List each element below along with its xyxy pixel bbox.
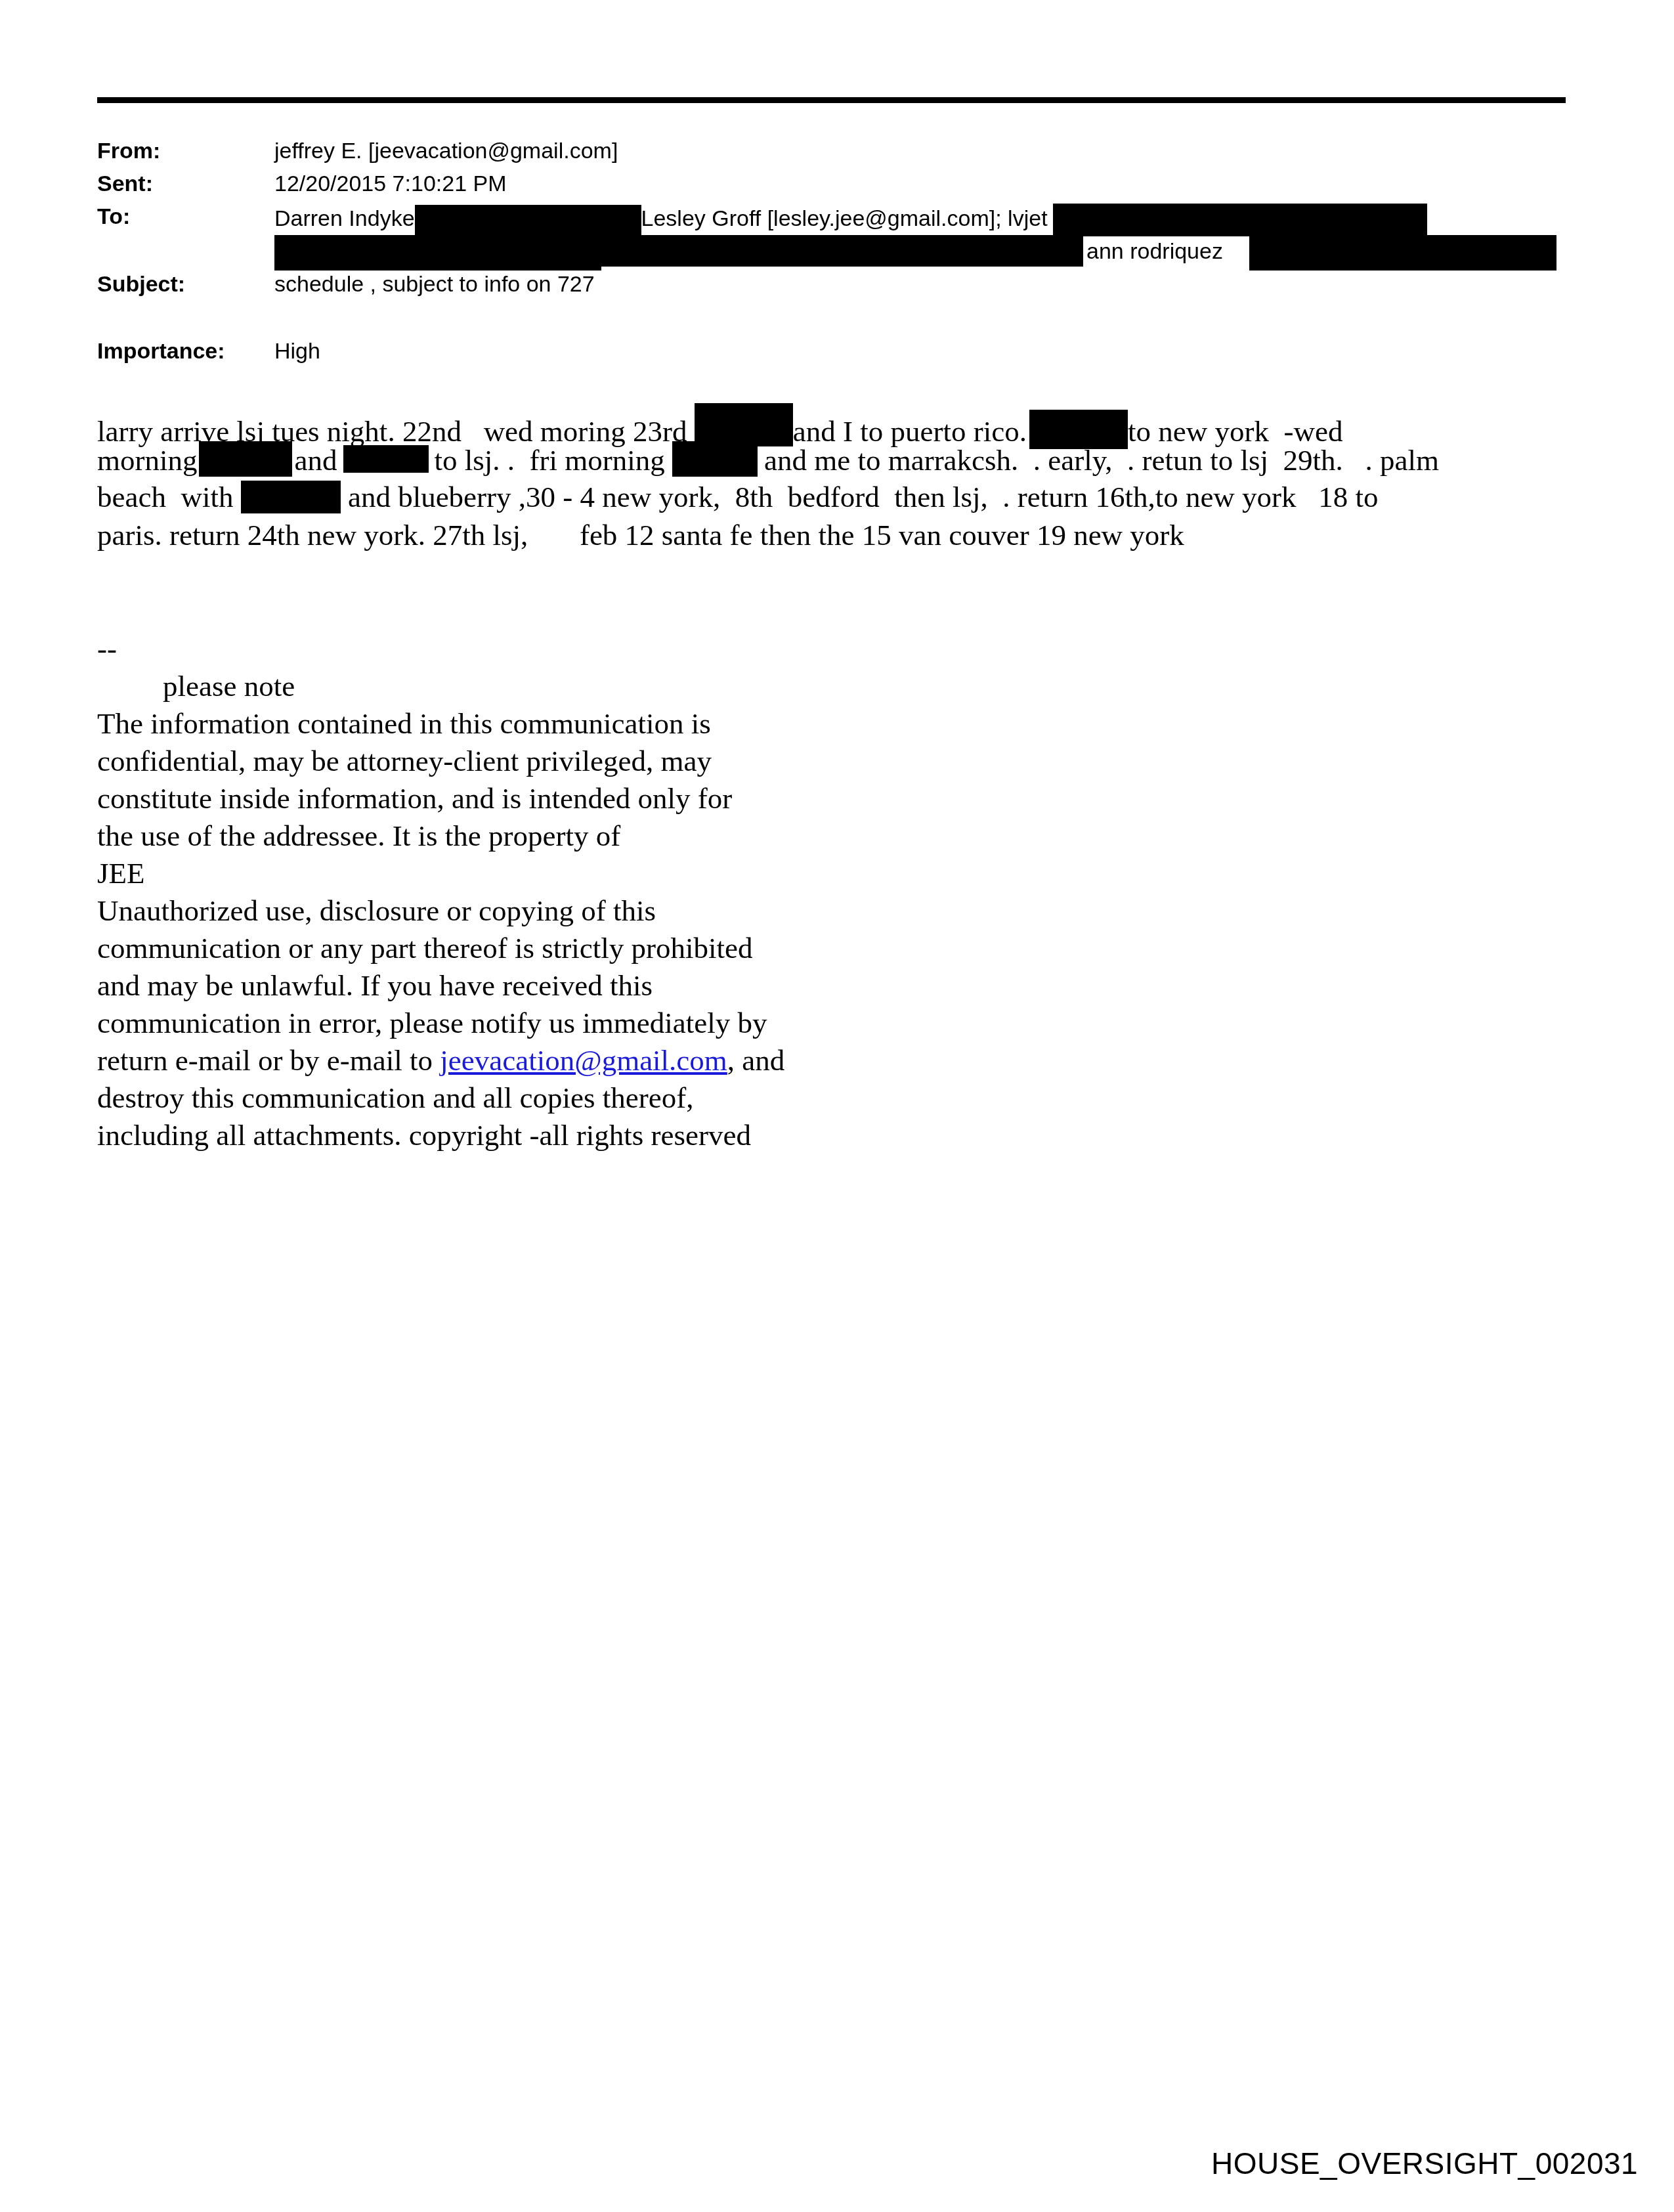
redaction-block	[199, 441, 292, 477]
redaction-block	[241, 481, 341, 513]
sent-value: 12/20/2015 7:10:21 PM	[274, 167, 507, 200]
sent-label: Sent:	[97, 167, 153, 200]
disclaimer-text: return e-mail or by e-mail to	[97, 1044, 440, 1077]
to-recipients-line-1: Darren IndykeLesley Groff [lesley.jee@gm…	[274, 202, 1427, 235]
disclaimer-line: confidential, may be attorney-client pri…	[97, 743, 784, 780]
disclaimer-line: including all attachments. copyright -al…	[97, 1117, 784, 1154]
body-text-segment: and blueberry ,30 - 4 new york, 8th bedf…	[341, 481, 1379, 513]
disclaimer-line: Unauthorized use, disclosure or copying …	[97, 892, 784, 930]
redaction-block	[415, 205, 641, 235]
body-line: morningandto lsj. . fri morning and me t…	[97, 441, 1568, 479]
redaction-block	[1249, 235, 1556, 271]
redaction-block	[695, 403, 793, 446]
disclaimer-line: return e-mail or by e-mail to jeevacatio…	[97, 1042, 784, 1079]
please-note: please note	[97, 668, 295, 705]
importance-label: Importance:	[97, 335, 225, 368]
body-line: beach with and blueberry ,30 - 4 new yor…	[97, 479, 1568, 517]
disclaimer-line: and may be unlawful. If you have receive…	[97, 967, 784, 1005]
email-link[interactable]: jeevacation@gmail.com	[440, 1044, 727, 1077]
redaction-block	[672, 441, 758, 477]
message-body: larry arrive lsj tues night. 22nd wed mo…	[97, 403, 1568, 554]
body-text-segment: morning	[97, 444, 198, 477]
document-page: From: jeffrey E. [jeevacation@gmail.com]…	[0, 0, 1674, 2212]
signature-separator: --	[97, 630, 117, 668]
redaction-block	[1053, 204, 1427, 236]
recipient-ann-rodriquez: ann rodriquez	[1086, 236, 1223, 267]
from-value: jeffrey E. [jeevacation@gmail.com]	[274, 135, 618, 167]
disclaimer-line: constitute inside information, and is in…	[97, 780, 784, 817]
importance-value: High	[274, 335, 320, 368]
redaction-block	[343, 445, 429, 473]
to-label: To:	[97, 200, 130, 233]
redaction-block	[601, 235, 1083, 267]
from-label: From:	[97, 135, 160, 167]
recipient-lesley-groff-lvjet: Lesley Groff [lesley.jee@gmail.com]; lvj…	[641, 206, 1048, 231]
please-note-text: please note	[97, 670, 295, 703]
body-line: larry arrive lsj tues night. 22nd wed mo…	[97, 403, 1568, 441]
body-text-segment: beach with	[97, 481, 241, 513]
disclaimer-line: communication in error, please notify us…	[97, 1005, 784, 1042]
body-text-segment: to lsj. . fri morning	[434, 444, 672, 477]
disclaimer-line: communication or any part thereof is str…	[97, 930, 784, 967]
subject-label: Subject:	[97, 268, 185, 301]
disclaimer-text: , and	[727, 1044, 784, 1077]
disclaimer-line: destroy this communication and all copie…	[97, 1079, 784, 1117]
disclaimer-line: The information contained in this commun…	[97, 705, 784, 743]
disclaimer-line: JEE	[97, 855, 784, 892]
disclaimer-line: the use of the addressee. It is the prop…	[97, 817, 784, 855]
subject-value: schedule , subject to info on 727	[274, 268, 595, 301]
body-text-segment: and me to marrakcsh. . early, . retun to…	[764, 444, 1439, 477]
body-line: paris. return 24th new york. 27th lsj, f…	[97, 517, 1568, 555]
header-divider	[97, 97, 1566, 103]
bates-number: HOUSE_OVERSIGHT_002031	[1211, 2146, 1638, 2181]
redaction-block	[274, 235, 601, 271]
body-text-segment: and	[295, 444, 337, 477]
recipient-darren-indyke: Darren Indyke	[274, 206, 415, 231]
disclaimer: The information contained in this commun…	[97, 705, 784, 1154]
